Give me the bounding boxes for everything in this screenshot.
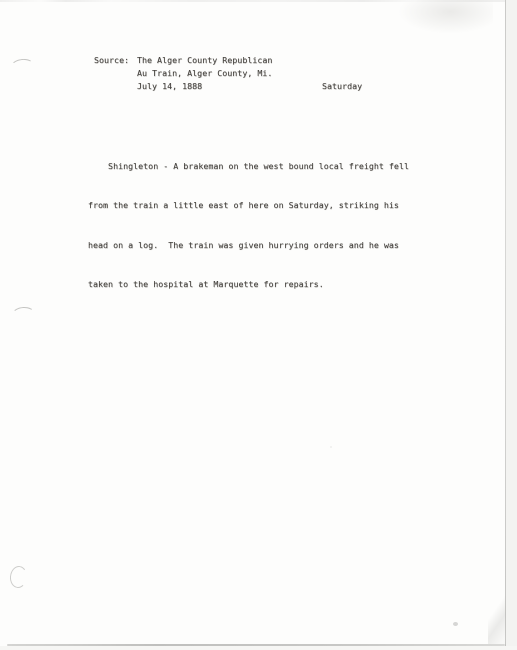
article-line: from the train a little east of here on … <box>88 199 409 212</box>
publication-title: The Alger County Republican <box>137 54 272 67</box>
binder-arc-mark-bottom <box>9 565 28 589</box>
binder-arc-mark-top <box>10 58 34 74</box>
scan-speck <box>453 622 458 626</box>
weekday-label: Saturday <box>322 80 362 93</box>
article-text: Shingleton - A brakeman on the west boun… <box>88 134 409 317</box>
article-line: Shingleton - A brakeman on the west boun… <box>88 160 409 173</box>
publication-location: Au Train, Alger County, Mi. <box>137 67 272 80</box>
page-right-edge-line <box>505 0 506 647</box>
binder-arc-mark-middle <box>12 306 36 323</box>
bottom-right-corner-shadow <box>488 592 506 644</box>
scan-speck <box>330 446 332 448</box>
page-bottom-edge-line <box>7 644 505 646</box>
article-line: taken to the hospital at Marquette for r… <box>88 278 409 291</box>
page-bottom-margin-strip <box>0 646 517 650</box>
scanned-document-page: Source: The Alger County Republican Au T… <box>0 0 517 650</box>
source-label: Source: <box>94 54 129 67</box>
page-right-margin-strip <box>506 0 517 650</box>
publication-date: July 14, 1888 <box>137 80 202 93</box>
paper-crinkle-mark <box>398 0 493 34</box>
article-line: head on a log. The train was given hurry… <box>88 239 409 252</box>
